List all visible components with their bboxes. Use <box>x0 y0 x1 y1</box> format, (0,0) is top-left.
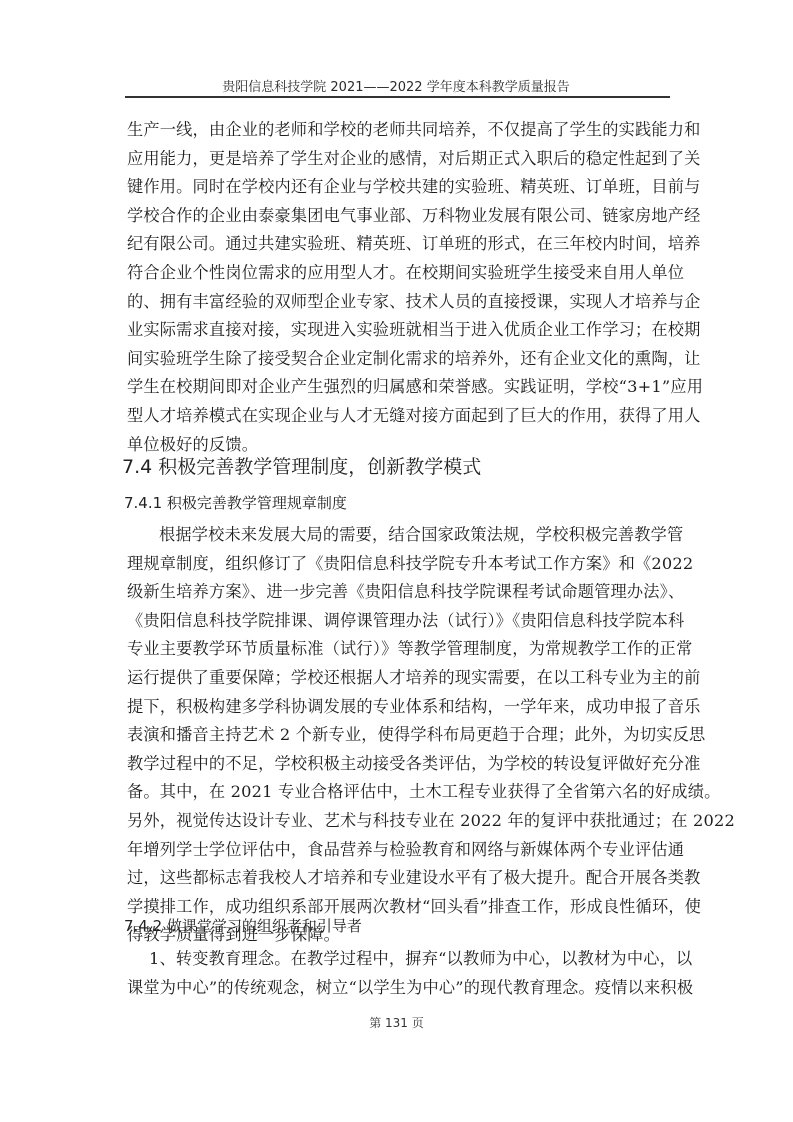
subsection-heading-7-4-2: 7.4.2 做课堂学习的组织者和引导者 <box>124 915 362 936</box>
text-line: 教学过程中的不足，学校积极主动接受各类评估，为学校的转设复评做好充分准 <box>127 750 670 779</box>
page-number: 第 131 页 <box>0 1014 793 1031</box>
text-line: 符合企业个性岗位需求的应用型人才。在校期间实验班学生接受来自用人单位 <box>127 259 670 288</box>
text-line: 键作用。同时在学校内还有企业与学校共建的实验班、精英班、订单班，目前与 <box>127 173 670 202</box>
subsection-heading-7-4-1: 7.4.1 积极完善教学管理规章制度 <box>124 492 347 513</box>
page-header: 贵阳信息科技学院 2021——2022 学年度本科教学质量报告 <box>122 76 670 95</box>
text-line: 《贵阳信息科技学院排课、调停课管理办法（试行）》《贵阳信息科技学院本科 <box>127 607 670 636</box>
text-line: 表演和播音主持艺术 2 个新专业，使得学科布局更趋于合理；此外，为切实反思 <box>127 721 670 750</box>
text-line: 1、转变教育理念。在教学过程中，摒弃“以教师为中心，以教材为中心，以 <box>127 945 670 974</box>
text-line: 另外，视觉传达设计专业、艺术与科技专业在 2022 年的复评中获批通过；在 20… <box>127 807 670 836</box>
text-line: 提下，积极构建多学科协调发展的专业体系和结构，一学年来，成功申报了音乐 <box>127 693 670 722</box>
text-line: 级新生培养方案》、进一步完善《贵阳信息科技学院课程考试命题管理办法》、 <box>127 578 670 607</box>
text-line: 年增列学士学位评估中，食品营养与检验教育和网络与新媒体两个专业评估通 <box>127 836 670 865</box>
subsection-7-4-2-paragraph: 1、转变教育理念。在教学过程中，摒弃“以教师为中心，以教材为中心，以 课堂为中心… <box>127 945 670 1002</box>
text-line: 纪有限公司。通过共建实验班、精英班、订单班的形式，在三年校内时间，培养 <box>127 230 670 259</box>
section-heading: 7.4 积极完善教学管理制度，创新教学模式 <box>122 452 481 479</box>
text-line: 理规章制度，组织修订了《贵阳信息科技学院专升本考试工作方案》和《2022 <box>127 550 670 579</box>
text-line: 运行提供了重要保障；学校还根据人才培养的现实需要，在以工科专业为主的前 <box>127 664 670 693</box>
text-line: 过，这些都标志着我校人才培养和专业建设水平有了极大提升。配合开展各类教 <box>127 864 670 893</box>
text-line: 学生在校期间即对企业产生强烈的归属感和荣誉感。实践证明，学校“3+1”应用 <box>127 373 670 402</box>
text-line: 课堂为中心”的传统观念，树立“以学生为中心”的现代教育理念。疫情以来积极 <box>127 974 670 1003</box>
text-line: 应用能力，更是培养了学生对企业的感情，对后期正式入职后的稳定性起到了关 <box>127 145 670 174</box>
subsection-7-4-1-paragraph: 根据学校未来发展大局的需要，结合国家政策法规，学校积极完善教学管 理规章制度，组… <box>127 521 670 950</box>
text-line: 根据学校未来发展大局的需要，结合国家政策法规，学校积极完善教学管 <box>127 521 670 550</box>
header-rule <box>125 96 670 98</box>
text-line: 间实验班学生除了接受契合企业定制化需求的培养外，还有企业文化的熏陶，让 <box>127 345 670 374</box>
text-line: 备。其中，在 2021 专业合格评估中，土木工程专业获得了全省第六名的好成绩。 <box>127 778 670 807</box>
text-line: 业实际需求直接对接，实现进入实验班就相当于进入优质企业工作学习；在校期 <box>127 316 670 345</box>
text-line: 生产一线，由企业的老师和学校的老师共同培养，不仅提高了学生的实践能力和 <box>127 116 670 145</box>
text-line: 的、拥有丰富经验的双师型企业专家、技术人员的直接授课，实现人才培养与企 <box>127 288 670 317</box>
text-line: 型人才培养模式在实现企业与人才无缝对接方面起到了巨大的作用，获得了用人 <box>127 402 670 431</box>
text-line: 学校合作的企业由泰豪集团电气事业部、万科物业发展有限公司、链家房地产经 <box>127 202 670 231</box>
text-line: 专业主要教学环节质量标准（试行）》等教学管理制度，为常规教学工作的正常 <box>127 635 670 664</box>
continued-paragraph: 生产一线，由企业的老师和学校的老师共同培养，不仅提高了学生的实践能力和 应用能力… <box>127 116 670 459</box>
